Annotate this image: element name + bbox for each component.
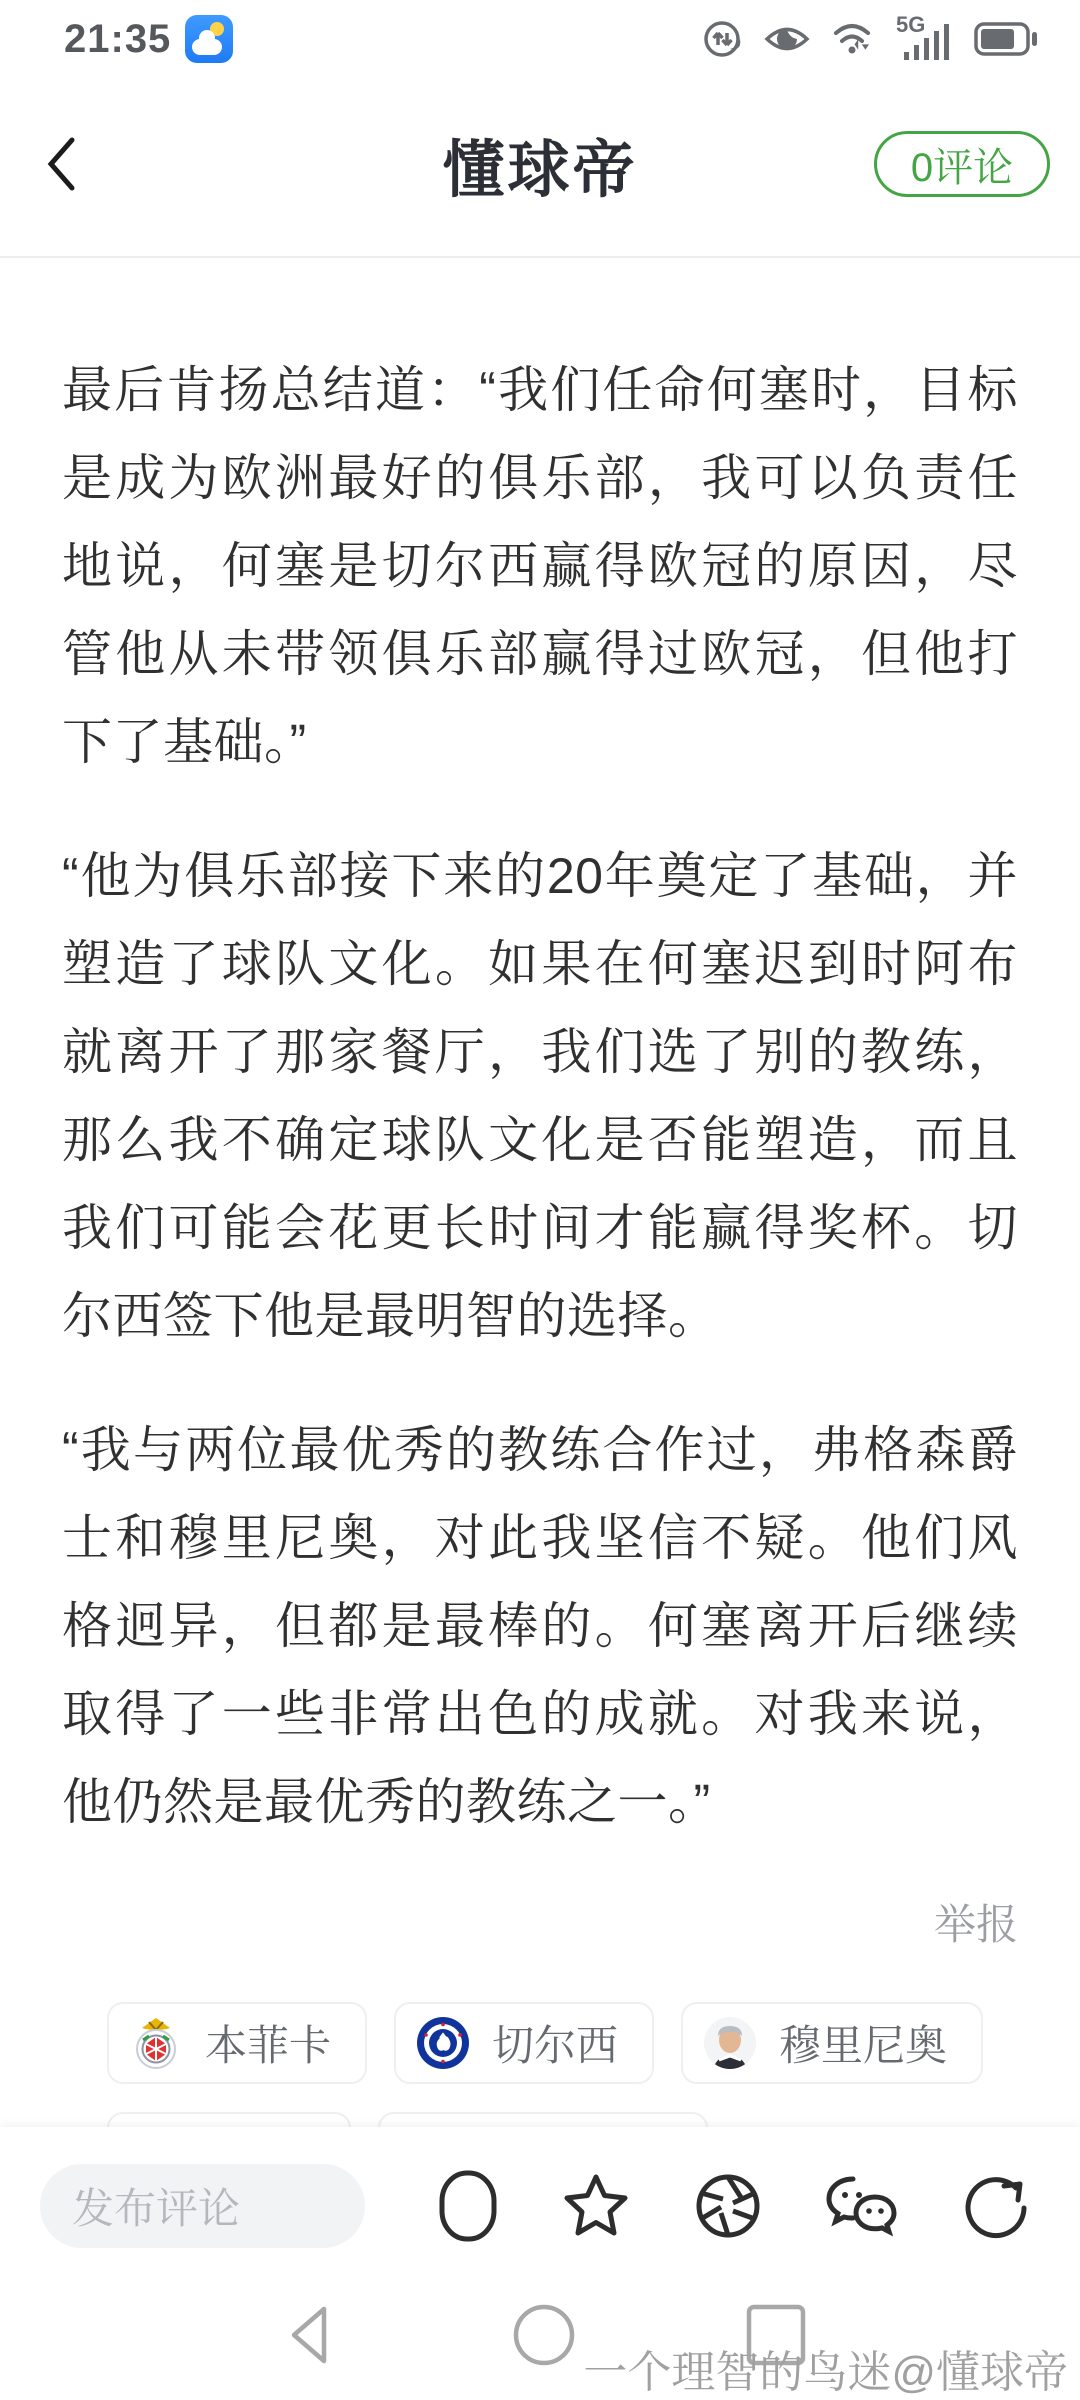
eye-protection-icon (762, 16, 812, 62)
share-redo-icon (960, 2170, 1032, 2242)
tag-label: 穆里尼奥 (779, 2013, 947, 2073)
benfica-crest-icon (129, 2016, 183, 2070)
status-bar: 21:35 5G (0, 0, 1080, 72)
tag-row-1: 本菲卡 切尔西 (107, 2002, 1018, 2084)
comment-actions (365, 2168, 1080, 2244)
wechat-icon (823, 2171, 899, 2241)
back-triangle-icon[interactable] (278, 2299, 342, 2371)
comment-bar: 发布评论 (0, 2127, 1080, 2285)
header: 懂球帝 0评论 (0, 72, 1080, 258)
favorite-button[interactable] (560, 2171, 632, 2241)
share-button[interactable] (960, 2170, 1032, 2242)
comment-input[interactable]: 发布评论 (40, 2164, 365, 2248)
star-icon (560, 2171, 632, 2241)
mourinho-avatar-icon (703, 2016, 757, 2070)
battery-icon (974, 16, 1040, 62)
tag-chelsea[interactable]: 切尔西 (394, 2002, 654, 2084)
comment-placeholder: 发布评论 (72, 2176, 240, 2236)
article-paragraph: 最后肯扬总结道：“我们任命何塞时，目标是成为欧洲最好的俱乐部，我可以负责任地说，… (62, 346, 1018, 786)
article-paragraph: “他为俱乐部接下来的20年奠定了基础，并塑造了球队文化。如果在何塞迟到时阿布就离… (62, 832, 1018, 1360)
aperture-icon (693, 2171, 763, 2241)
status-icons: 5G (700, 14, 1040, 64)
tag-label: 切尔西 (492, 2013, 618, 2073)
moments-share-button[interactable] (693, 2171, 763, 2241)
report-row: 举报 (62, 1892, 1018, 1952)
article-paragraph: “我与两位最优秀的教练合作过，弗格森爵士和穆里尼奥，对此我坚信不疑。他们风格迥异… (62, 1406, 1018, 1846)
article-body: 最后肯扬总结道：“我们任命何塞时，目标是成为欧洲最好的俱乐部，我可以负责任地说，… (0, 260, 1080, 2222)
signal-5g-icon: 5G (896, 14, 958, 64)
comment-bubble-icon (437, 2168, 499, 2244)
wechat-share-button[interactable] (823, 2171, 899, 2241)
home-circle-icon[interactable] (508, 2299, 580, 2371)
comments-count-button[interactable]: 0评论 (874, 131, 1050, 197)
comment-bubble-button[interactable] (437, 2168, 499, 2244)
tag-mourinho[interactable]: 穆里尼奥 (681, 2002, 983, 2084)
watermark: 一个理智的鸟迷@懂球帝 (583, 2336, 1068, 2400)
svg-text:5G: 5G (896, 14, 925, 37)
tag-benfica[interactable]: 本菲卡 (107, 2002, 367, 2084)
tag-label: 本菲卡 (205, 2013, 331, 2073)
data-saver-icon (700, 16, 746, 62)
report-link[interactable]: 举报 (934, 1901, 1018, 1948)
clock: 21:35 (64, 17, 171, 62)
chelsea-crest-icon (416, 2016, 470, 2070)
weather-app-icon (185, 15, 233, 63)
wifi-icon (828, 16, 880, 62)
